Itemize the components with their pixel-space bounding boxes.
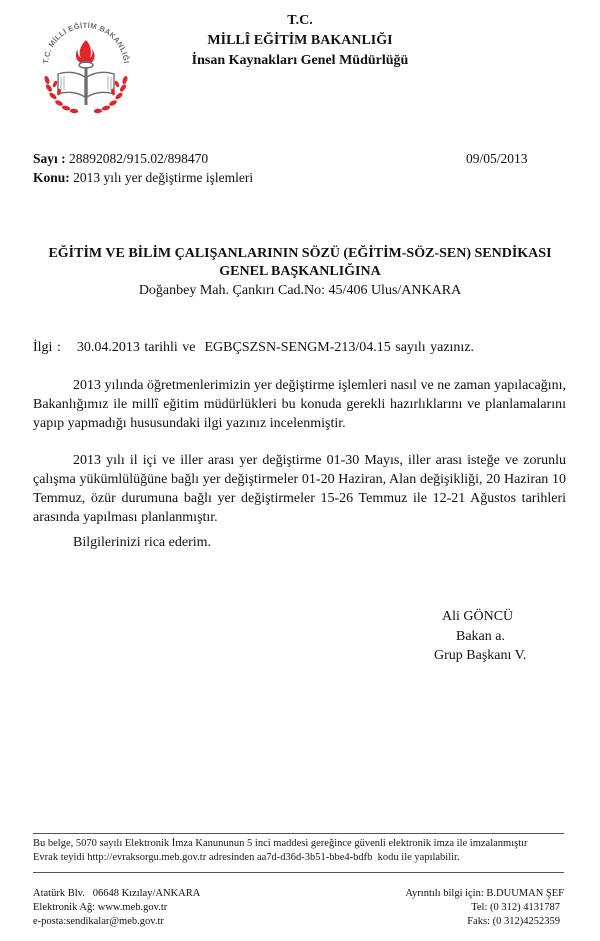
reference-line: İlgi :30.04.2013 tarihli ve EGBÇSZSN-SEN… — [33, 338, 474, 357]
letterhead-ministry: MİLLÎ EĞİTİM BAKANLIĞI — [0, 31, 600, 51]
recipient-office: GENEL BAŞKANLIĞINA — [0, 263, 600, 281]
letterhead-directorate: İnsan Kaynakları Genel Müdürlüğü — [0, 51, 600, 71]
sayi-value: 28892082/915.02/898470 — [69, 151, 208, 166]
footer-contact-left: Atatürk Blv. 06648 Kızılay/ANKARA Elektr… — [33, 887, 200, 929]
footer-divider-bottom — [33, 872, 564, 873]
recipient-address: Doğanbey Mah. Çankırı Cad.No: 45/406 Ulu… — [0, 282, 600, 300]
contact-person: Ayrıntılı bilgi için: B.DUUMAN ŞEF — [405, 887, 564, 901]
subject-line: Konu: 2013 yılı yer değiştirme işlemleri — [33, 168, 253, 187]
konu-label: Konu: — [33, 170, 70, 185]
verification-notice: Evrak teyidi http://evraksorgu.meb.gov.t… — [33, 851, 460, 865]
document-date: 09/05/2013 — [466, 149, 528, 168]
footer-address: Atatürk Blv. 06648 Kızılay/ANKARA — [33, 887, 200, 901]
footer-email[interactable]: e-posta:sendikalar@meb.gov.tr — [33, 915, 200, 929]
ilgi-value: 30.04.2013 tarihli ve EGBÇSZSN-SENGM-213… — [77, 340, 474, 355]
contact-phone: Tel: (0 312) 4131787 — [405, 901, 564, 915]
esign-notice: Bu belge, 5070 sayılı Elektronik İmza Ka… — [33, 837, 528, 851]
signatory-title-2: Grup Başkanı V. — [434, 646, 526, 665]
recipient-organization: EĞİTİM VE BİLİM ÇALIŞANLARININ SÖZÜ (EĞİ… — [0, 245, 600, 263]
letterhead-line-tc: T.C. — [0, 11, 600, 31]
konu-value: 2013 yılı yer değiştirme işlemleri — [70, 170, 253, 185]
footer-divider-top — [33, 833, 564, 834]
footer-contact-right: Ayrıntılı bilgi için: B.DUUMAN ŞEF Tel: … — [405, 887, 564, 929]
contact-fax: Faks: (0 312)4252359 — [405, 915, 564, 929]
sayi-label: Sayı — [33, 151, 58, 166]
signatory-name: Ali GÖNCÜ — [442, 607, 513, 626]
reference-number: Sayı : 28892082/915.02/898470 — [33, 149, 208, 168]
ilgi-label: İlgi : — [33, 340, 61, 355]
body-paragraph-1: 2013 yılında öğretmenlerimizin yer değiş… — [33, 376, 566, 433]
closing-line: Bilgilerinizi rica ederim. — [33, 533, 566, 552]
footer-website[interactable]: Elektronik Ağ: www.meb.gov.tr — [33, 901, 200, 915]
signatory-title-1: Bakan a. — [456, 627, 505, 646]
body-paragraph-2: 2013 yılı il içi ve iller arası yer deği… — [33, 451, 566, 527]
sayi-separator: : — [58, 151, 69, 166]
